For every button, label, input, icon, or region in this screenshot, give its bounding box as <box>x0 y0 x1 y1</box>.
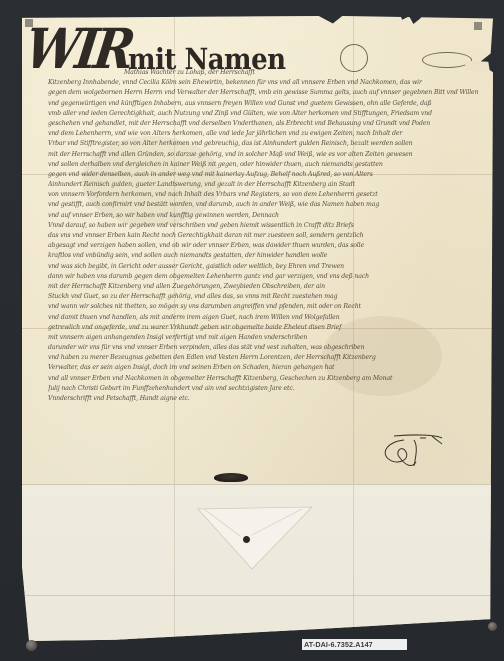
text-line: mit vnnsern aigen anhangenden Insigl ver… <box>48 333 478 343</box>
seal-cord-hole <box>243 536 250 543</box>
text-line: vnd all vnnser Erben vnd Nachkomen in ob… <box>48 374 458 384</box>
text-line: Vrbar vnd Stifftregister, so von Alter h… <box>48 139 478 149</box>
text-line: Verwalter, das er sein aigen Insigl, doc… <box>48 363 478 373</box>
seal-paper-cover <box>192 501 318 571</box>
text-line: vnd sollen derhalben vnd dergleichen in … <box>48 160 478 170</box>
text-line: von vnnsern Vorfordern herkomen, vnd nac… <box>48 190 478 200</box>
text-line: gegen dem wolgebornen Herrn Herrn vnd Ve… <box>48 88 478 98</box>
text-line: Stuckh vnd Guet, so zu der Herrschafft g… <box>48 292 478 302</box>
text-line: Ainhundert Reinisch gulden, gueter Landt… <box>48 180 478 190</box>
text-line: Kitzenberg Innhabende, vnnd Cecilia Kölm… <box>48 78 478 88</box>
text-line: vnd damit thuen vnd handlen, als mit and… <box>48 313 478 323</box>
text-line: vnd dem Lehenherrn, vnd wie von Alters h… <box>48 129 478 139</box>
text-line: darunder wir vns für vns vnd vnnser Erbe… <box>48 343 478 353</box>
text-line: mit der Herrschafft vnd allen Gründen, s… <box>48 150 478 160</box>
text-line: vnd auf vnnser Erben, so wir haben vnd k… <box>48 211 478 221</box>
fold-line-horizontal <box>22 595 493 596</box>
text-line: vmb aller vnd ieden Gerechtigkhait, auch… <box>48 109 478 119</box>
archive-signature-label: AT-DAI-6.7352.A147 <box>302 639 407 650</box>
mounting-pin <box>488 622 497 631</box>
text-line: geschehen vnd gehandlet, mit der Herrsch… <box>48 119 478 129</box>
text-line: getrewlich vnd ongeferde, vnd zu warer V… <box>48 323 478 333</box>
charter-body-text: Mathias Wachter zu Lohaß, der Herrschaff… <box>48 74 478 404</box>
corner-mark <box>474 22 482 30</box>
flourish-ornament <box>422 52 472 68</box>
text-line: Vnnd darauf, so haben wir gegeben vnd ve… <box>48 221 478 231</box>
text-line: abgesagt vnd verzigen haben sollen, vnd … <box>48 241 478 251</box>
text-line: Vnnderschrifft vnd Petschafft, Handt aig… <box>48 394 338 404</box>
text-line: vnd gestifft, auch confirmirt vnd bestät… <box>48 200 478 210</box>
handwritten-signature <box>376 432 446 470</box>
text-line: vnd haben zu merer Bezeugnus gebetten de… <box>48 353 478 363</box>
fold-line-vertical <box>174 485 175 642</box>
text-line: Julij nach Christi Geburt im Funffzehenh… <box>48 384 338 394</box>
wax-seal <box>214 473 248 482</box>
text-line: gegen vnd wider denselben, auch in ander… <box>48 170 478 180</box>
text-line: dann wir haben vns darumb gegen dem obge… <box>48 272 478 282</box>
text-line: vnd wann wir solches nit thetten, so mög… <box>48 302 478 312</box>
mounting-pin <box>26 640 37 651</box>
text-line: das vns vnd vnnser Erben kain Recht noch… <box>48 231 478 241</box>
text-line: Mathias Wachter zu Lohaß, der Herrschaff… <box>48 68 478 78</box>
text-line: mit der Herrschafft Kitzenberg vnd allen… <box>48 282 478 292</box>
text-line: vnd gegenwürtigen vnd künfftigen Inhaber… <box>48 99 478 109</box>
text-line: kraftlos vnd vnbündig sein, vnd sollen a… <box>48 251 478 261</box>
text-line: vnd was sich begibt, in Gericht oder aus… <box>48 262 478 272</box>
fold-line-vertical <box>353 485 354 642</box>
